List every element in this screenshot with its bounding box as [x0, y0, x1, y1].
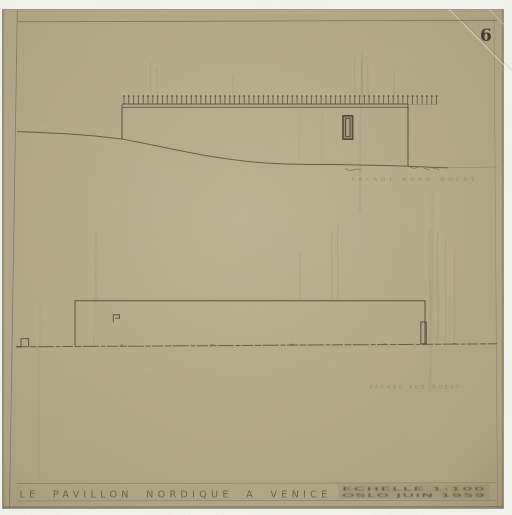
upper-facade-label: FACADE NORD-OUEST [352, 177, 478, 183]
lower-facade-label: FACADE SUD-OUEST [370, 385, 462, 391]
sheet-title: LE PAVILLON NORDIQUE A VENICE [20, 490, 332, 501]
stamp-line-1: ECHELLE 1:100 [342, 487, 486, 493]
page-number: 6 [480, 26, 492, 46]
stamp-annotation: ECHELLE 1:100 OSLO JUIN 1959 [338, 485, 490, 499]
paper-sheet [3, 10, 504, 509]
upper-door [343, 116, 353, 139]
stamp-line-2: OSLO JUIN 1959 [342, 493, 486, 499]
scanned-sheet: 6 [0, 0, 512, 515]
